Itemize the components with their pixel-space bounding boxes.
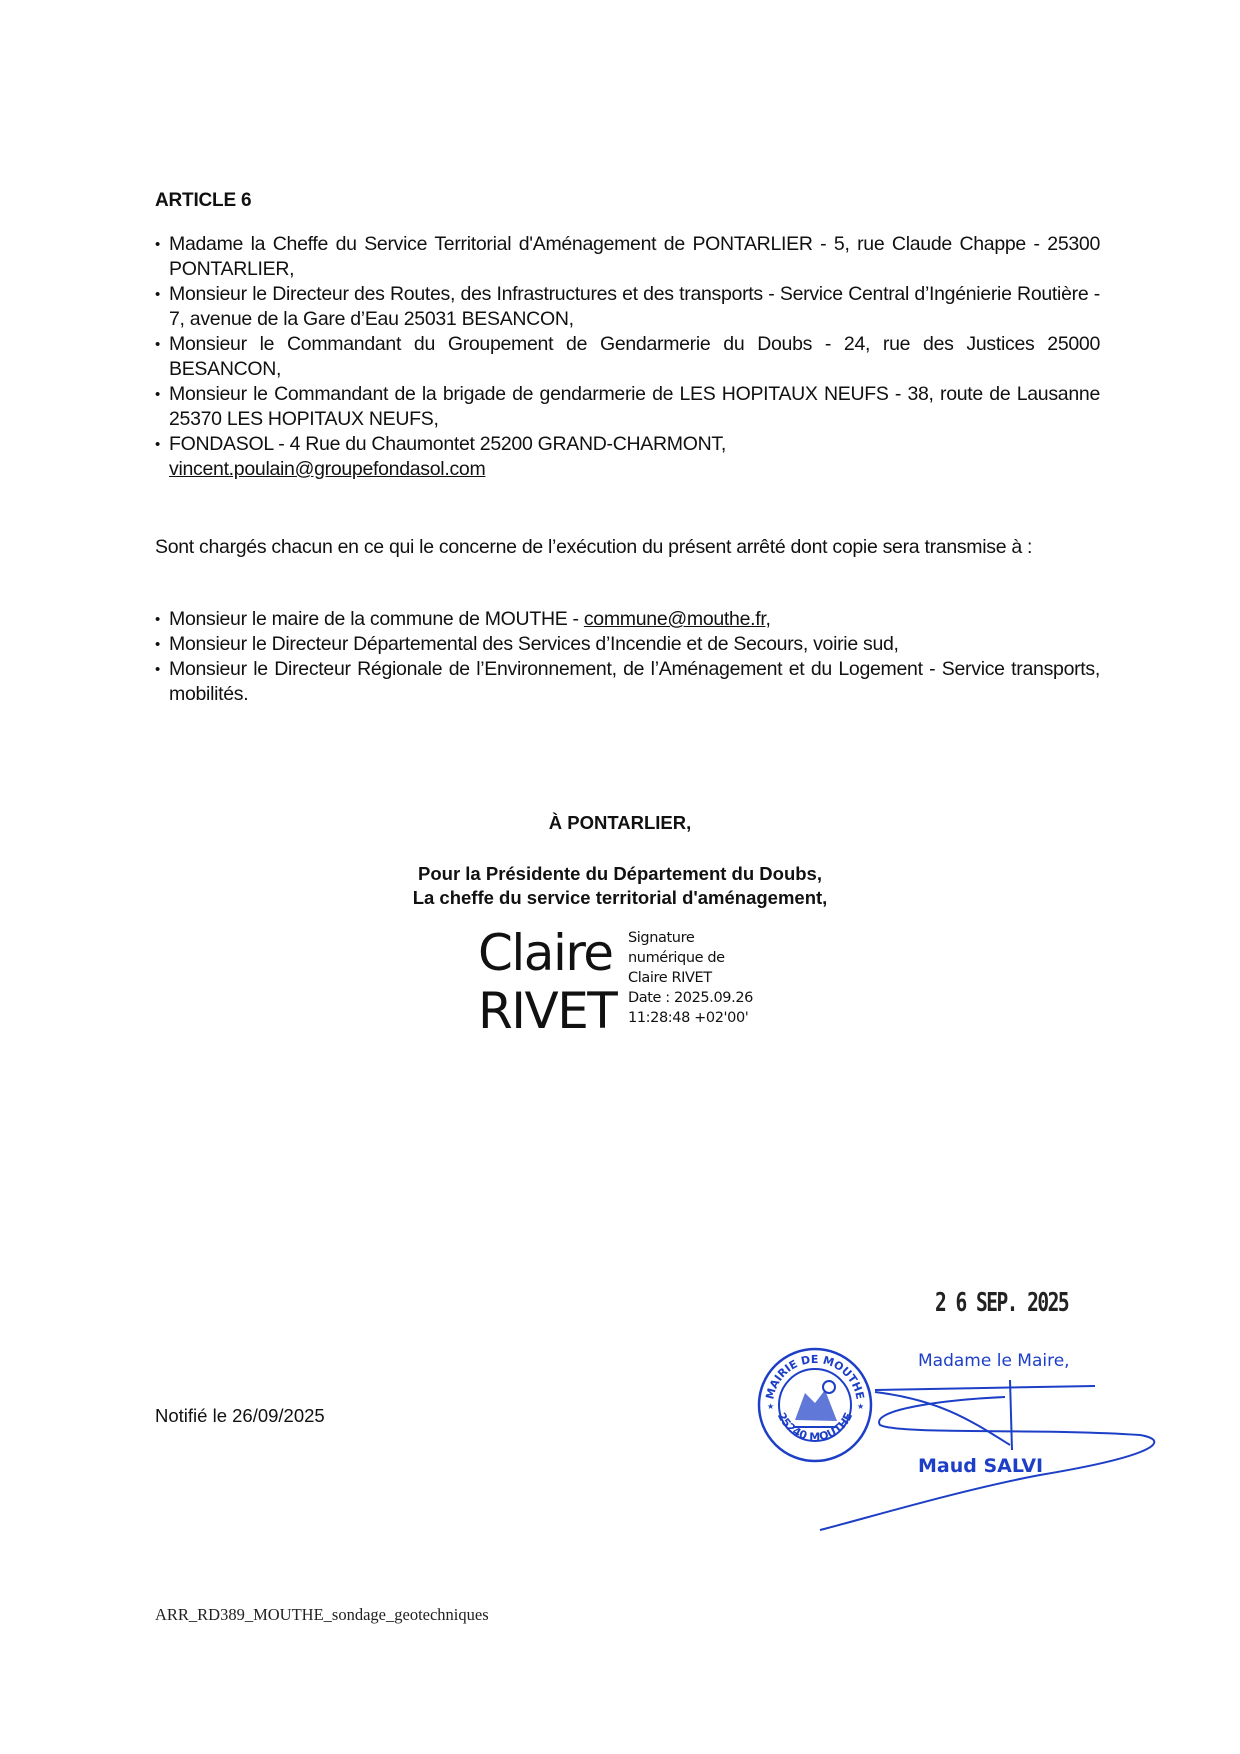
list-item: Monsieur le maire de la commune de MOUTH…: [155, 607, 1100, 632]
date-stamp: 2 6 SEP. 2025: [935, 1288, 1068, 1318]
footer-reference: ARR_RD389_MOUTHE_sondage_geotechniques: [155, 1605, 489, 1625]
list-item-text: Monsieur le maire de la commune de MOUTH…: [169, 608, 584, 630]
list-item-text: Monsieur le Commandant du Groupement de …: [169, 333, 1100, 380]
list-item-text: FONDASOL - 4 Rue du Chaumontet 25200 GRA…: [169, 433, 726, 455]
list-item-text: Monsieur le Commandant de la brigade de …: [169, 383, 1100, 430]
signature-meta-line: Date : 2025.09.26: [628, 988, 753, 1008]
list-item: Madame la Cheffe du Service Territorial …: [155, 232, 1100, 282]
place-line: À PONTARLIER,: [300, 812, 940, 834]
signature-name: Claire RIVET: [478, 924, 616, 1040]
signature-meta-line: Signature: [628, 928, 753, 948]
list-item-text: Monsieur le Directeur des Routes, des In…: [169, 283, 1100, 330]
notified-date: Notifié le 26/09/2025: [155, 1405, 325, 1427]
signatory-block: Pour la Présidente du Département du Dou…: [300, 862, 940, 910]
document-page: ARTICLE 6 Madame la Cheffe du Service Te…: [0, 0, 1240, 1754]
for-line-2: La cheffe du service territorial d'aména…: [300, 886, 940, 910]
article-title: ARTICLE 6: [155, 190, 251, 212]
list-item: Monsieur le Directeur Régionale de l’Env…: [155, 657, 1100, 707]
signature-meta-line: 11:28:48 +02'00': [628, 1008, 753, 1028]
list-item: FONDASOL - 4 Rue du Chaumontet 25200 GRA…: [155, 432, 1100, 482]
for-line-1: Pour la Présidente du Département du Dou…: [300, 862, 940, 886]
handwritten-signature-icon: [740, 1380, 1170, 1560]
signature-first-name: Claire: [478, 924, 616, 982]
signature-meta-line: Claire RIVET: [628, 968, 753, 988]
signature-meta-line: numérique de: [628, 948, 753, 968]
signature-metadata: Signature numérique de Claire RIVET Date…: [628, 928, 753, 1028]
list-item-text: Monsieur le Directeur Régionale de l’Env…: [169, 658, 1100, 705]
list-item: Monsieur le Commandant de la brigade de …: [155, 382, 1100, 432]
signature-last-name: RIVET: [478, 982, 616, 1040]
fondasol-email-link[interactable]: vincent.poulain@groupefondasol.com: [169, 458, 485, 480]
list-item-text: Madame la Cheffe du Service Territorial …: [169, 233, 1100, 280]
responsible-list: Madame la Cheffe du Service Territorial …: [155, 232, 1100, 482]
execution-paragraph: Sont chargés chacun en ce qui le concern…: [155, 533, 1100, 561]
list-item-text: Monsieur le Directeur Départemental des …: [169, 633, 899, 655]
list-item: Monsieur le Directeur Départemental des …: [155, 632, 1100, 657]
copy-list: Monsieur le maire de la commune de MOUTH…: [155, 607, 1100, 707]
digital-signature[interactable]: Claire RIVET Signature numérique de Clai…: [478, 924, 778, 1044]
list-item: Monsieur le Commandant du Groupement de …: [155, 332, 1100, 382]
mayor-title: Madame le Maire,: [918, 1351, 1070, 1371]
list-item-suffix: ,: [765, 608, 770, 630]
list-item: Monsieur le Directeur des Routes, des In…: [155, 282, 1100, 332]
mouthe-email-link[interactable]: commune@mouthe.fr: [584, 608, 766, 630]
